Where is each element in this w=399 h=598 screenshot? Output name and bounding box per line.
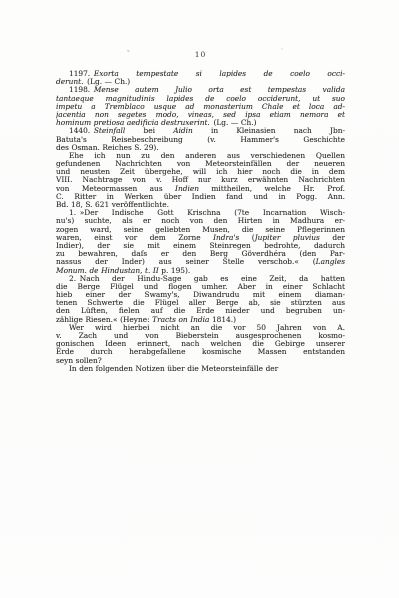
text-line: des Osman. Reiches S. 29).	[56, 144, 345, 152]
text-segment: (Lg. — Ch.)	[83, 78, 130, 86]
text-line: 2. Nach der Hindu-Sage gab es eine Zeit,…	[56, 275, 345, 283]
text-segment: die Berge Flügel und flogen umher. Aber …	[56, 283, 345, 291]
text-segment: zogen ward, seine geliebten Musen, die s…	[56, 226, 345, 234]
text-line: nu's) suchte, als er noch von den Hirten…	[56, 217, 345, 225]
text-line: gonischen Ideen erinnert, nach welchen d…	[56, 340, 345, 348]
italic-text-segment: Monum. de Hindustan, t. II	[56, 267, 159, 275]
text-line: Batuta's Reisebeschreibung (v. Hammer's …	[56, 136, 345, 144]
text-line: impetu a Tremblaco usque ad monasterium …	[56, 103, 345, 111]
italic-text-segment: Aidin	[173, 127, 193, 135]
paragraph-remark-wer-wird: Wer wird hierbei nicht an die vor 50 Jah…	[56, 324, 345, 365]
text-segment: 1. »Der Indische Gott Krischna (7te Inca…	[69, 209, 345, 217]
text-line: Indier), der sie mit einem Steinregen be…	[56, 242, 345, 250]
text-segment: 2. Nach der Hindu-Sage gab es eine Zeit,…	[69, 275, 345, 283]
text-segment: der	[320, 234, 345, 242]
text-segment: Erde durch herabgefallene kosmische Mass…	[56, 348, 345, 356]
text-segment: Ehe ich nun zu den anderen aus verschied…	[69, 152, 345, 160]
text-line: Ehe ich nun zu den anderen aus verschied…	[56, 152, 345, 160]
text-segment: (	[239, 234, 254, 242]
text-line: zählige Riesen.« (Heyne: Tracts on India…	[56, 316, 345, 324]
paragraph-entry-1198: 1198. Mense autem Julio orta est tempest…	[56, 86, 345, 127]
text-segment: v. Zach und von Bieberstein ausgesproche…	[56, 332, 345, 340]
text-segment: in Kleinasien nach Jbn-	[193, 127, 345, 135]
text-segment: des Osman. Reiches S. 29).	[56, 144, 159, 152]
text-line: 1198. Mense autem Julio orta est tempest…	[56, 86, 345, 94]
text-segment: Bd. 18, S. 621 veröffentlichte.	[56, 201, 169, 209]
text-segment: von Meteormassen aus	[56, 185, 175, 193]
italic-text-segment: Tracts on India	[152, 316, 209, 324]
text-segment: Indier), der sie mit einem Steinregen be…	[56, 242, 345, 250]
text-segment: gonischen Ideen erinnert, nach welchen d…	[56, 340, 345, 348]
text-segment: bei	[125, 127, 173, 135]
text-line: Erde durch herabgefallene kosmische Mass…	[56, 348, 345, 356]
italic-text-segment: Indien	[175, 185, 199, 193]
paragraph-transition-in-den-folgenden: In den folgenden Notizen über die Meteor…	[56, 365, 345, 373]
italic-text-segment: impetu a Tremblaco usque ad monasterium …	[56, 103, 345, 111]
italic-text-segment: Indra's	[213, 234, 239, 242]
text-segment: 1198.	[69, 86, 94, 94]
text-line: jacentia non segetes modo, vineas, sed i…	[56, 111, 345, 119]
text-segment: den Lüften, fielen auf die Erde nieder u…	[56, 307, 345, 315]
text-segment: nassus der Inder) aus seiner Stelle vers…	[56, 258, 316, 266]
text-line: von Meteormassen aus Indien mittheilen, …	[56, 185, 345, 193]
text-line: Bd. 18, S. 621 veröffentlichte.	[56, 201, 345, 209]
text-line: die Berge Flügel und flogen umher. Aber …	[56, 283, 345, 291]
text-segment: 1197.	[69, 70, 94, 78]
text-segment: In den folgenden Notizen über die Meteor…	[69, 365, 278, 373]
paragraph-intro-ehe-ich: Ehe ich nun zu den anderen aus verschied…	[56, 152, 345, 209]
text-line: In den folgenden Notizen über die Meteor…	[56, 365, 345, 373]
italic-text-segment: Steinfall	[94, 127, 125, 135]
text-segment: tenen Schwerte die Flügel aller Berge ab…	[56, 299, 345, 307]
text-line: v. Zach und von Bieberstein ausgesproche…	[56, 332, 345, 340]
text-segment: 1814.)	[209, 316, 236, 324]
text-line: zu bewahren, daſs er den Berg Göverdhéra…	[56, 250, 345, 258]
text-line: tantaeque magnitudinis lapides de coelo …	[56, 95, 345, 103]
text-segment: (Lg. — Ch.)	[210, 119, 257, 127]
text-segment: zu bewahren, daſs er den Berg Göverdhéra…	[56, 250, 345, 258]
italic-text-segment: Exorta tempestate si lapides de coelo oc…	[94, 70, 345, 78]
text-line: nassus der Inder) aus seiner Stelle vers…	[56, 258, 345, 266]
italic-text-segment: jacentia non segetes modo, vineas, sed i…	[56, 111, 345, 119]
paragraph-entry-1197: 1197. Exorta tempestate si lapides de co…	[56, 70, 345, 86]
text-segment: 1440.	[69, 127, 94, 135]
scanned-book-page: 10 1197. Exorta tempestate si lapides de…	[0, 0, 399, 598]
text-line: und neusten Zeit übergehe, will ich hier…	[56, 168, 345, 176]
text-segment: und neusten Zeit übergehe, will ich hier…	[56, 168, 345, 176]
text-line: tenen Schwerte die Flügel aller Berge ab…	[56, 299, 345, 307]
text-segment: seyn sollen?	[56, 357, 102, 365]
text-line: Monum. de Hindustan, t. II p. 195).	[56, 267, 345, 275]
text-line: 1197. Exorta tempestate si lapides de co…	[56, 70, 345, 78]
text-line: seyn sollen?	[56, 357, 345, 365]
paragraph-entry-1440: 1440. Steinfall bei Aidin in Kleinasien …	[56, 127, 345, 152]
text-line: gefundenen Nachrichten von Meteorsteinfä…	[56, 160, 345, 168]
italic-text-segment: hominum pretiosa aedificia destruxerint.	[56, 119, 210, 127]
italic-text-segment: derunt.	[56, 78, 83, 86]
text-segment: Batuta's Reisebeschreibung (v. Hammer's …	[56, 136, 345, 144]
text-line: zogen ward, seine geliebten Musen, die s…	[56, 226, 345, 234]
text-line: 1. »Der Indische Gott Krischna (7te Inca…	[56, 209, 345, 217]
text-segment: C. Ritter in Werken über Indien fand und…	[56, 193, 345, 201]
text-line: VIII. Nachtrage von v. Hoff nur kurz erw…	[56, 176, 345, 184]
text-segment: Wer wird hierbei nicht an die vor 50 Jah…	[69, 324, 345, 332]
text-segment: gefundenen Nachrichten von Meteorsteinfä…	[56, 160, 345, 168]
text-line: C. Ritter in Werken über Indien fand und…	[56, 193, 345, 201]
text-segment: p. 195).	[159, 267, 191, 275]
paragraph-note-2-hindu-sage: 2. Nach der Hindu-Sage gab es eine Zeit,…	[56, 275, 345, 324]
text-segment: hieb einer der Swamy's, Diwandrudu mit e…	[56, 291, 345, 299]
text-segment: nu's) suchte, als er noch von den Hirten…	[56, 217, 345, 225]
italic-text-segment: Mense autem Julio orta est tempestas val…	[94, 86, 345, 94]
text-line: waren, einst vor dem Zorne Indra's (Jupi…	[56, 234, 345, 242]
italic-text-segment: Jupiter pluvius	[255, 234, 320, 242]
text-block: 1197. Exorta tempestate si lapides de co…	[56, 70, 345, 373]
paragraph-note-1-krischna: 1. »Der Indische Gott Krischna (7te Inca…	[56, 209, 345, 275]
text-line: Wer wird hierbei nicht an die vor 50 Jah…	[56, 324, 345, 332]
text-line: hominum pretiosa aedificia destruxerint.…	[56, 119, 345, 127]
page-number: 10	[56, 50, 345, 59]
text-segment: zählige Riesen.« (Heyne:	[56, 316, 152, 324]
text-line: den Lüften, fielen auf die Erde nieder u…	[56, 307, 345, 315]
text-segment: VIII. Nachtrage von v. Hoff nur kurz erw…	[56, 176, 345, 184]
italic-text-segment: Langles	[316, 258, 345, 266]
text-line: derunt. (Lg. — Ch.)	[56, 78, 345, 86]
text-line: 1440. Steinfall bei Aidin in Kleinasien …	[56, 127, 345, 135]
italic-text-segment: tantaeque magnitudinis lapides de coelo …	[56, 95, 345, 103]
text-segment: waren, einst vor dem Zorne	[56, 234, 213, 242]
text-segment: mittheilen, welche Hr. Prof.	[199, 185, 345, 193]
text-line: hieb einer der Swamy's, Diwandrudu mit e…	[56, 291, 345, 299]
